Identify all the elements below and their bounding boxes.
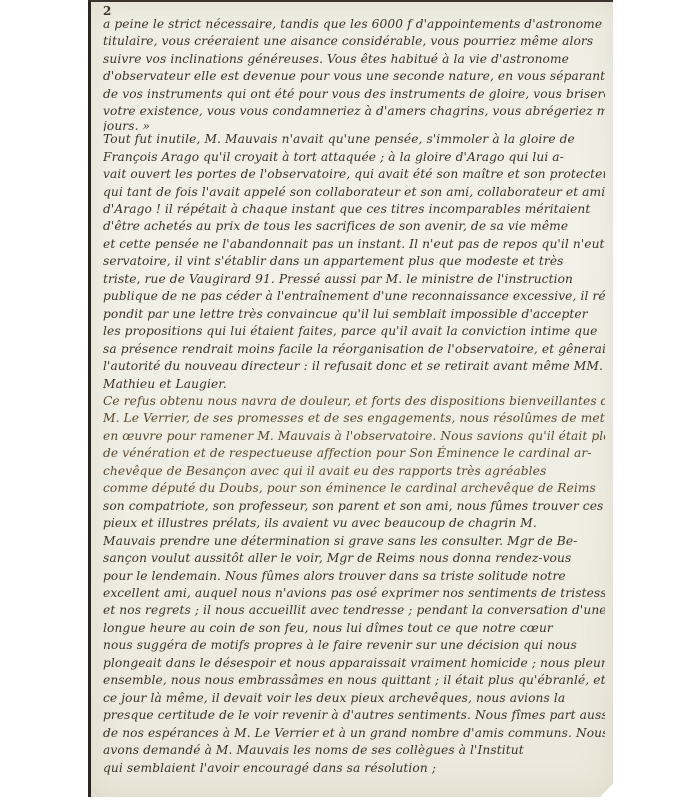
text-line: pondit par une lettre très convaincue qu… [103,306,605,323]
text-line: François Arago qu'il croyait à tort atta… [103,149,605,166]
text-line: et cette pensée ne l'abandonnait pas un … [103,236,605,253]
text-line: pour le lendemain. Nous fûmes alors trou… [103,568,605,585]
text-line: sa présence rendrait moins facile la réo… [103,341,605,358]
handwritten-text-body: a peine le strict nécessaire, tandis que… [103,16,605,777]
text-line: triste, rue de Vaugirard 91. Pressé auss… [103,271,605,288]
text-line: vait ouvert les portes de l'observatoire… [103,166,605,183]
text-line: suivre vos inclinations généreuses. Vous… [103,51,605,68]
text-line: les propositions qui lui étaient faites,… [103,323,605,340]
text-line: ensemble, nous nous embrassâmes en nous … [103,672,605,689]
text-line: qui tant de fois l'avait appelé son coll… [103,184,605,201]
text-line: longue heure au coin de son feu, nous lu… [103,620,605,637]
text-line: Ce refus obtenu nous navra de douleur, e… [103,393,605,410]
text-line: chevêque de Besançon avec qui il avait e… [103,463,605,480]
text-line: d'Arago ! il répétait à chaque instant q… [103,201,605,218]
text-line: nous suggéra de motifs propres à le fair… [103,637,605,654]
text-line: servatoire, il vint s'établir dans un ap… [103,253,605,270]
text-line: titulaire, vous créeraient une aisance c… [103,33,605,50]
text-line: Mathieu et Laugier. [103,376,605,393]
text-line: excellent ami, auquel nous n'avions pas … [103,585,605,602]
text-line: l'autorité du nouveau directeur : il ref… [103,358,605,375]
text-line: M. Le Verrier, de ses promesses et de se… [103,410,605,427]
text-line: son compatriote, son professeur, son par… [103,498,605,515]
text-line: Tout fut inutile, M. Mauvais n'avait qu'… [103,131,605,148]
manuscript-page: 2 a peine le strict nécessaire, tandis q… [88,0,613,797]
text-line: presque certitude de le voir revenir à d… [103,707,605,724]
text-line: a peine le strict nécessaire, tandis que… [103,16,605,33]
text-line: d'observateur elle est devenue pour vous… [103,68,605,85]
text-line: qui semblaient l'avoir encouragé dans sa… [103,760,605,777]
text-line: publique de ne pas céder à l'entraînemen… [103,288,605,305]
text-line: sançon voulut aussitôt aller le voir, Mg… [103,550,605,567]
text-line: comme député du Doubs, pour son éminence… [103,480,605,497]
text-line: Mauvais prendre une détermination si gra… [103,533,605,550]
text-line: avons demandé à M. Mauvais les noms de s… [103,742,605,759]
text-line: jours. » [103,121,605,131]
text-line: d'être achetés au prix de tous les sacri… [103,218,605,235]
text-line: ce jour là même, il devait voir les deux… [103,690,605,707]
text-line: et nos regrets ; il nous accueillit avec… [103,602,605,619]
text-line: plongeait dans le désespoir et nous appa… [103,655,605,672]
text-line: de vos instruments qui ont été pour vous… [103,86,605,103]
text-line: de vénération et de respectueuse affecti… [103,445,605,462]
text-line: votre existence, vous vous condamneriez … [103,103,605,120]
text-line: en œuvre pour ramener M. Mauvais à l'obs… [103,428,605,445]
text-line: pieux et illustres prélats, ils avaient … [103,515,605,532]
text-line: de nos espérances à M. Le Verrier et à u… [103,725,605,742]
